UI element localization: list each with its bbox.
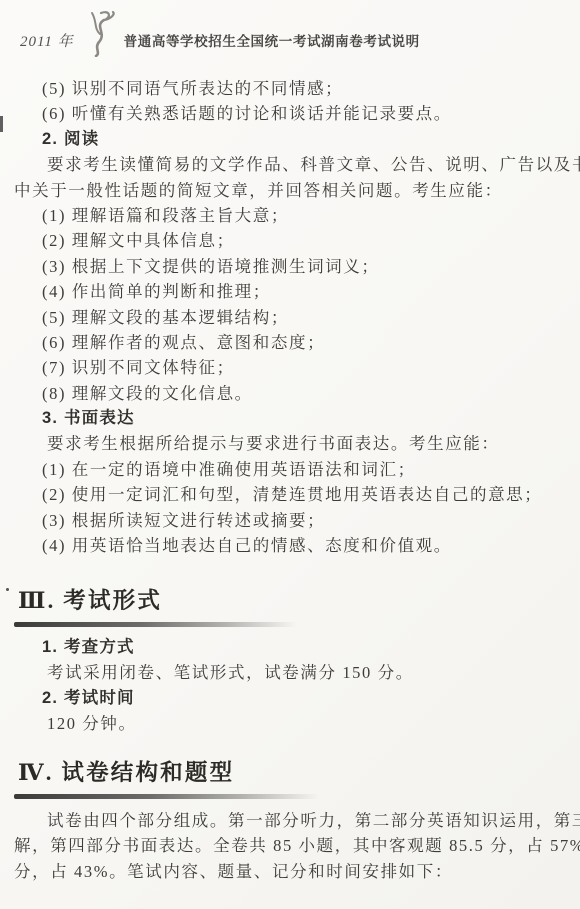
calligraphy-flourish-icon (82, 9, 118, 57)
exam-method-heading: 1. 考查方式 (14, 635, 580, 660)
listening-item: (6) 听懂有关熟悉话题的讨论和谈话并能记录要点。 (14, 101, 580, 126)
reading-intro-line: 要求考生读懂简易的文学作品、科普文章、公告、说明、广告以及书、报、杂志 (14, 152, 580, 177)
section-heading-paper-structure: Ⅳ. 试卷结构和题型 (14, 757, 580, 789)
reading-item: (2) 理解文中具体信息； (14, 228, 580, 253)
document-page: 2011 年 普通高等学校招生全国统一考试湖南卷考试说明 (5) 识别不同语气所… (0, 0, 580, 909)
writing-item: (1) 在一定的语境中准确使用英语语法和词汇； (14, 457, 580, 482)
page-header: 2011 年 普通高等学校招生全国统一考试湖南卷考试说明 (20, 22, 420, 58)
listening-item: (5) 识别不同语气所表达的不同情感； (14, 76, 580, 101)
paper-structure-line: 解，第四部分书面表达。全卷共 85 小题，其中客观题 85.5 分，占 57%，… (14, 833, 580, 858)
edition-year: 2011 年 (20, 30, 74, 51)
paper-structure-line: 分，占 43%。笔试内容、题量、记分和时间安排如下： (14, 859, 580, 884)
reading-intro-line: 中关于一般性话题的简短文章，并回答相关问题。考生应能： (14, 178, 580, 203)
exam-time-heading: 2. 考试时间 (14, 686, 580, 711)
reading-heading: 2. 阅读 (14, 127, 580, 152)
reading-item: (7) 识别不同文体特征； (14, 355, 580, 380)
writing-intro: 要求考生根据所给提示与要求进行书面表达。考生应能： (14, 431, 580, 456)
reading-item: (8) 理解文段的文化信息。 (14, 381, 580, 406)
writing-item: (2) 使用一定词汇和句型，清楚连贯地用英语表达自己的意思； (14, 482, 580, 507)
writing-item: (3) 根据所读短文进行转述或摘要； (14, 508, 580, 533)
writing-heading: 3. 书面表达 (14, 406, 580, 431)
reading-item: (6) 理解作者的观点、意图和态度； (14, 330, 580, 355)
reading-item: (1) 理解语篇和段落主旨大意； (14, 203, 580, 228)
reading-item: (5) 理解文段的基本逻辑结构； (14, 305, 580, 330)
writing-item: (4) 用英语恰当地表达自己的情感、态度和价值观。 (14, 533, 580, 558)
document-body: (5) 识别不同语气所表达的不同情感； (6) 听懂有关熟悉话题的讨论和谈话并能… (14, 76, 580, 884)
scan-artifact (6, 588, 9, 591)
document-title: 普通高等学校招生全国统一考试湖南卷考试说明 (124, 30, 420, 50)
scan-artifact (0, 116, 3, 132)
section-heading-exam-format: Ⅲ. 考试形式 (14, 585, 580, 617)
reading-item: (3) 根据上下文提供的语境推测生词词义； (14, 254, 580, 279)
exam-method-text: 考试采用闭卷、笔试形式，试卷满分 150 分。 (14, 660, 580, 685)
paper-structure-line: 试卷由四个部分组成。第一部分听力，第二部分英语知识运用，第三部分阅读理 (14, 808, 580, 833)
reading-item: (4) 作出简单的判断和推理； (14, 279, 580, 304)
exam-time-text: 120 分钟。 (14, 711, 580, 736)
